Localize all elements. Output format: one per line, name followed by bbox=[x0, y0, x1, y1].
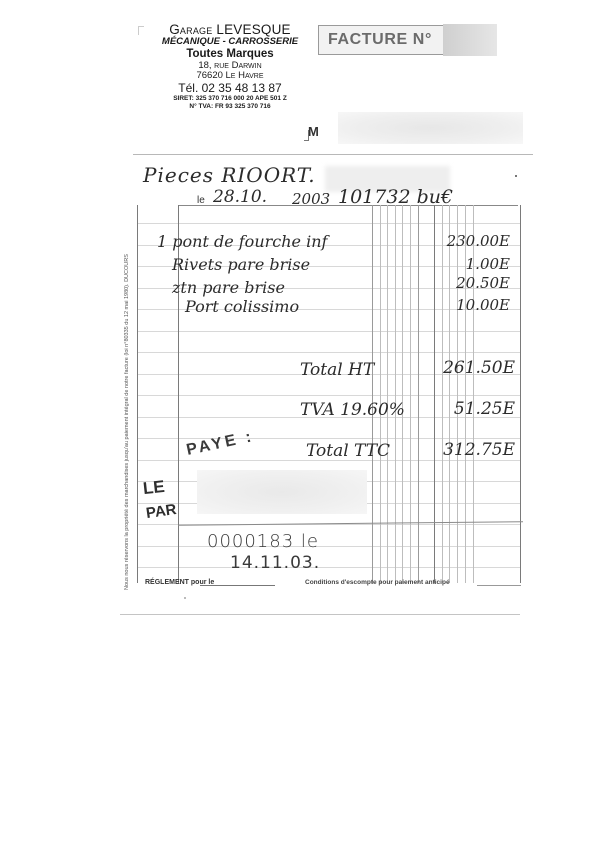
grid-row-line bbox=[137, 546, 521, 547]
grid-row-line bbox=[137, 395, 521, 396]
grid-row-line bbox=[137, 438, 521, 439]
cheque-number: 0000183 le bbox=[207, 531, 319, 552]
company-phone: Tél. 02 35 48 13 87 bbox=[140, 82, 320, 95]
divider bbox=[133, 154, 533, 155]
invoice-number-box: FACTURE N° bbox=[318, 25, 496, 55]
total-label: Total HT bbox=[300, 360, 374, 380]
line-item-description: 1 pont de fourche inf bbox=[157, 232, 327, 251]
total-amount: 51.25E bbox=[425, 399, 515, 419]
discount-conditions-label: Conditions d'escompte pour paiement anti… bbox=[305, 579, 450, 586]
grid-column-line bbox=[137, 205, 138, 583]
company-header: Garage LEVESQUE MÉCANIQUE - CARROSSERIE … bbox=[140, 22, 320, 110]
total-amount: 261.50E bbox=[425, 358, 515, 378]
grid-row-line bbox=[137, 352, 521, 353]
page-bottom-rule bbox=[120, 614, 520, 615]
discount-line bbox=[477, 585, 521, 586]
grid-column-line bbox=[520, 205, 521, 583]
redacted-invoice-number bbox=[443, 24, 497, 56]
line-item-description: ztn pare brise bbox=[172, 278, 285, 297]
payment-date: 14.11.03. bbox=[230, 553, 320, 573]
recipient-label: M bbox=[308, 124, 319, 139]
line-item-description: Rivets pare brise bbox=[172, 255, 310, 274]
grid-column-line bbox=[372, 205, 373, 583]
grid-column-line bbox=[418, 205, 419, 583]
redacted-signature bbox=[197, 470, 367, 514]
grid-row-line bbox=[137, 567, 521, 568]
speck bbox=[184, 597, 186, 599]
grid-column-line bbox=[387, 205, 388, 583]
grid-column-line bbox=[380, 205, 381, 583]
company-brands: Toutes Marques bbox=[140, 48, 320, 61]
line-item-amount: 1.00E bbox=[420, 255, 510, 273]
grid-column-line bbox=[410, 205, 411, 583]
total-label: TVA 19.60% bbox=[300, 400, 405, 420]
ink-dot bbox=[515, 175, 517, 177]
grid-column-line bbox=[402, 205, 403, 583]
line-item-amount: 10.00E bbox=[420, 296, 510, 314]
company-activity: MÉCANIQUE - CARROSSERIE bbox=[140, 37, 320, 48]
total-label: Total TTC bbox=[306, 441, 390, 461]
company-vat: N° TVA: FR 93 325 370 716 bbox=[140, 103, 320, 110]
le-stamp: LE bbox=[142, 477, 166, 499]
grid-row-line bbox=[137, 331, 521, 332]
grid-row-line bbox=[137, 223, 521, 224]
settlement-line bbox=[200, 585, 275, 586]
handwritten-date: 28.10. bbox=[213, 187, 267, 207]
company-name: Garage LEVESQUE bbox=[140, 22, 320, 37]
total-amount: 312.75E bbox=[425, 440, 515, 460]
grid-column-line bbox=[395, 205, 396, 583]
line-item-description: Port colissimo bbox=[185, 297, 299, 316]
legal-side-notice: Nous nous réservons la propriété des mar… bbox=[124, 200, 130, 590]
handwritten-reference: Pieces RIOORT. bbox=[143, 163, 316, 187]
line-item-amount: 20.50E bbox=[420, 274, 510, 292]
line-item-amount: 230.00E bbox=[420, 232, 510, 250]
redacted-recipient bbox=[338, 112, 523, 144]
company-siret: SIRET: 325 370 716 000 20 APE 501 Z bbox=[140, 95, 320, 102]
invoice-title: FACTURE N° bbox=[328, 31, 432, 49]
